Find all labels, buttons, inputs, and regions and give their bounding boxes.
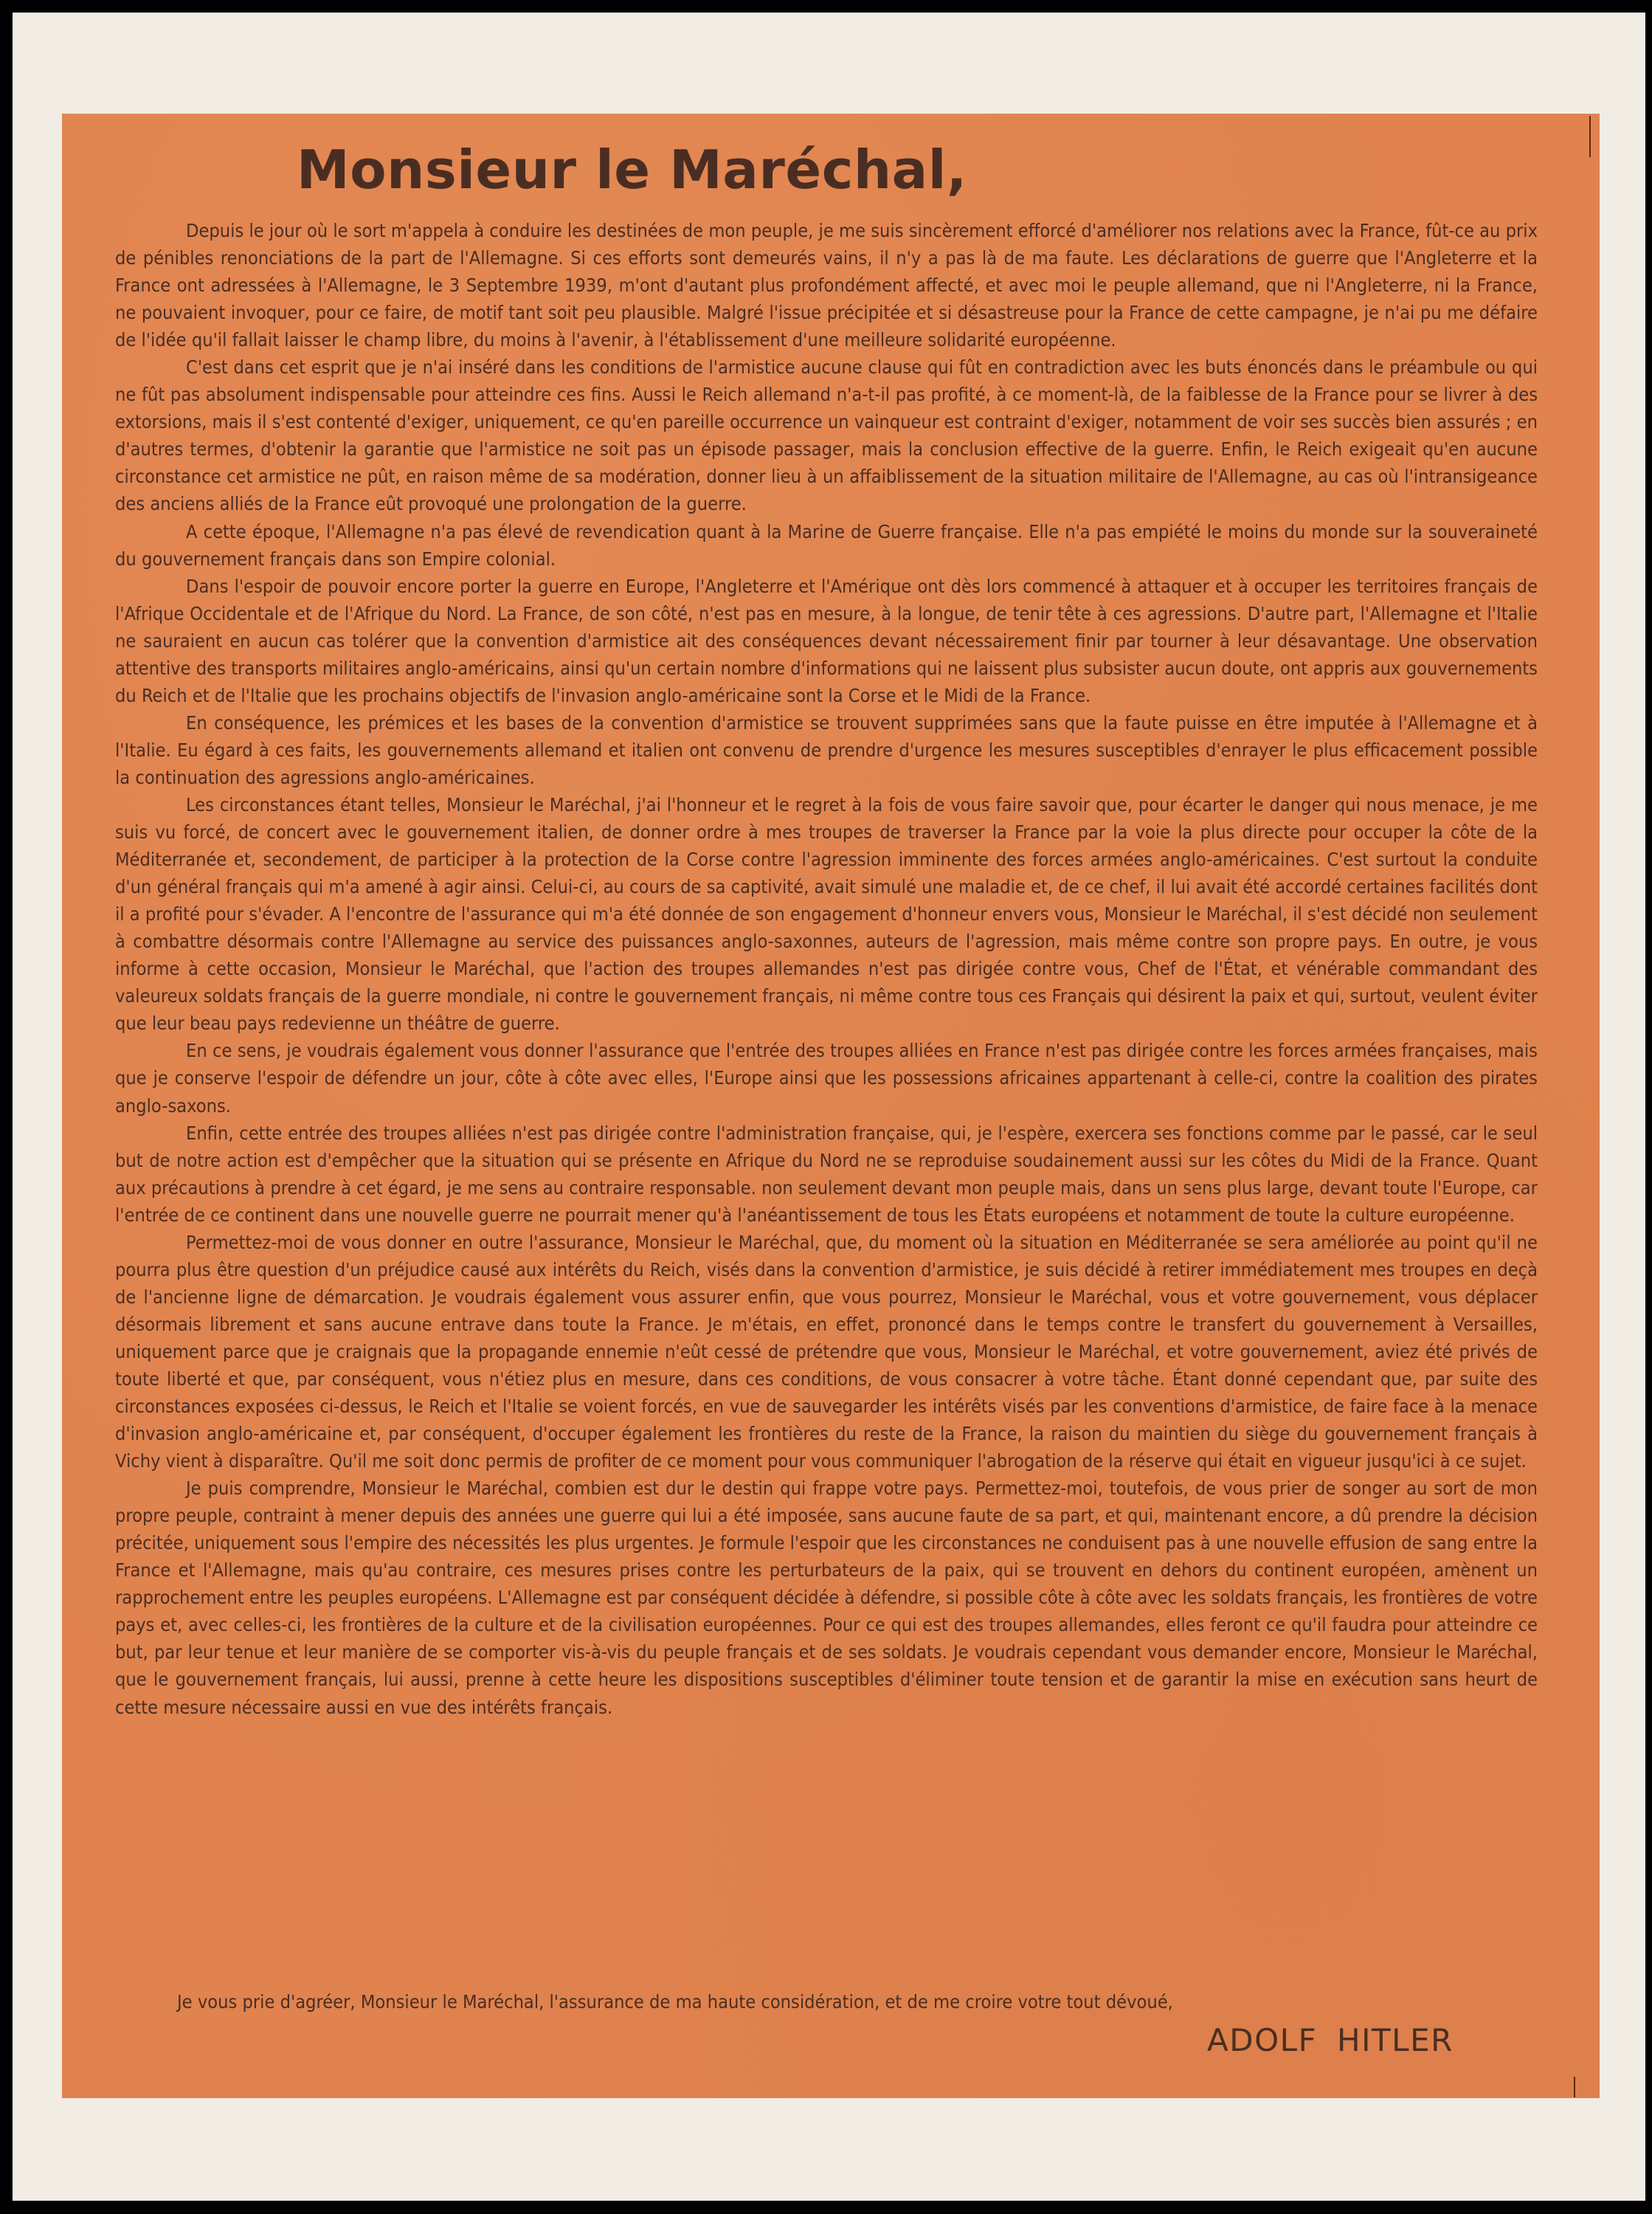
paragraph: Permettez-moi de vous donner en outre l'… [115, 1229, 1538, 1475]
salutation-heading: Monsieur le Maréchal, [297, 133, 967, 207]
closing-line: Je vous prie d'agréer, Monsieur le Maréc… [115, 1988, 1538, 2015]
paragraph: En ce sens, je voudrais également vous d… [115, 1037, 1538, 1119]
paragraph: En conséquence, les prémices et les base… [115, 709, 1538, 791]
trim-mark-top [1589, 116, 1591, 157]
paragraph: C'est dans cet esprit que je n'ai inséré… [115, 354, 1538, 517]
trim-mark-bottom [1574, 2077, 1575, 2097]
letter-body: Depuis le jour où le sort m'appela à con… [115, 217, 1538, 1721]
paragraph: A cette époque, l'Allemagne n'a pas élev… [115, 518, 1538, 573]
paragraph: Dans l'espoir de pouvoir encore porter l… [115, 573, 1538, 709]
paragraph: Je puis comprendre, Monsieur le Maréchal… [115, 1475, 1538, 1720]
paragraph: Depuis le jour où le sort m'appela à con… [115, 217, 1538, 354]
signature: ADOLF HITLER [1207, 2018, 1454, 2063]
paragraph: Les circonstances étant telles, Monsieur… [115, 791, 1538, 1037]
paragraph: Enfin, cette entrée des troupes alliées … [115, 1120, 1538, 1229]
